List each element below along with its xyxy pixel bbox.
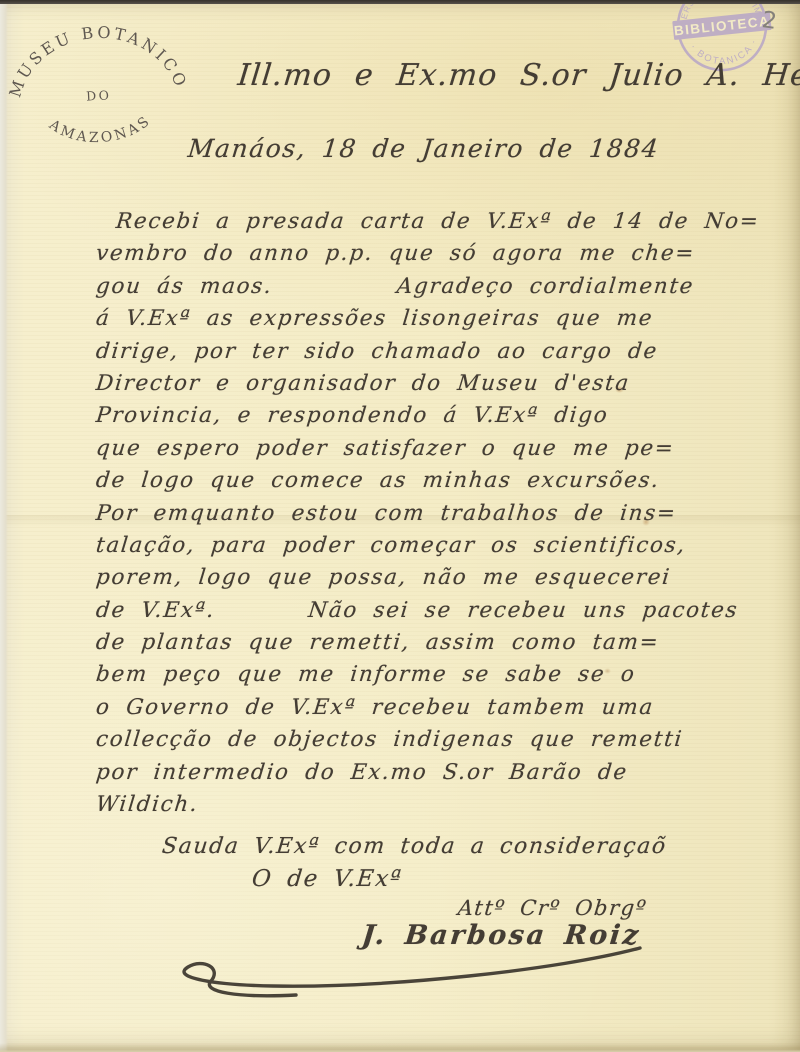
letter-body-line: que espero poder satisfazer o que me pe= xyxy=(94,433,761,465)
letter-body-line: Wildich. xyxy=(94,789,761,821)
letter-body-line: de logo que comece as minhas excursões. xyxy=(94,465,761,497)
letterhead-arc-bottom: AMAZONAS xyxy=(45,111,156,149)
letter-body-line: á V.Exª as expressões lisongeiras que me xyxy=(94,303,761,335)
letter-body-line: gou ás maos. Agradeço cordialmente xyxy=(94,271,761,303)
letter-body: Recebi a presada carta de V.Exª de 14 de… xyxy=(96,206,759,821)
letter-body-line: bem peço que me informe se sabe se o xyxy=(94,659,761,691)
scan-edge-bottom xyxy=(0,1043,800,1052)
letter-closing-abbrev: Attº Crº Obrgº xyxy=(457,896,649,920)
letter-body-line: de V.Exª. Não sei se recebeu uns pacotes xyxy=(94,595,761,627)
letter-body-line: por intermedio do Ex.mo S.or Barão de xyxy=(94,757,761,789)
signature-flourish xyxy=(118,928,678,1018)
letter-body-line: dirige, por ter sido chamado ao cargo de xyxy=(94,336,761,368)
letter-scan-page: MUSEU BOTANICO DO AMAZONAS UNIVERSIDADE … xyxy=(0,0,800,1052)
letter-body-line: o Governo de V.Exª recebeu tambem uma xyxy=(94,692,761,724)
letter-salutation: Ill.mo e Ex.mo S.or Julio A. Henriques xyxy=(236,58,800,93)
letterhead-middle: DO xyxy=(86,87,112,103)
letter-body-line: vembro do anno p.p. que só agora me che= xyxy=(94,238,761,270)
letter-body-line: talação, para poder começar os scientifi… xyxy=(94,530,761,562)
letter-body-line: porem, logo que possa, não me esquecerei xyxy=(94,562,761,594)
scan-edge-left xyxy=(0,0,8,1052)
letter-dateline: Manáos, 18 de Janeiro de 1884 xyxy=(186,134,660,163)
scan-edge-top xyxy=(0,0,800,4)
letter-body-line: Recebi a presada carta de V.Exª de 14 de… xyxy=(94,206,761,238)
letter-body-line: collecção de objectos indigenas que reme… xyxy=(94,724,761,756)
letter-body-line: de plantas que remetti, assim como tam= xyxy=(94,627,761,659)
letter-closing-salute: Sauda V.Exª com toda a consideraçaõ xyxy=(161,834,668,859)
letter-body-line: Director e organisador do Museu d'esta xyxy=(94,368,761,400)
letter-closing-odevexa: O de V.Exª xyxy=(251,866,404,892)
letter-body-line: Por emquanto estou com trabalhos de ins= xyxy=(94,498,761,530)
museum-letterhead-stamp: MUSEU BOTANICO DO AMAZONAS xyxy=(2,7,193,156)
letter-body-line: Provincia, e respondendo á V.Exª digo xyxy=(94,400,761,432)
